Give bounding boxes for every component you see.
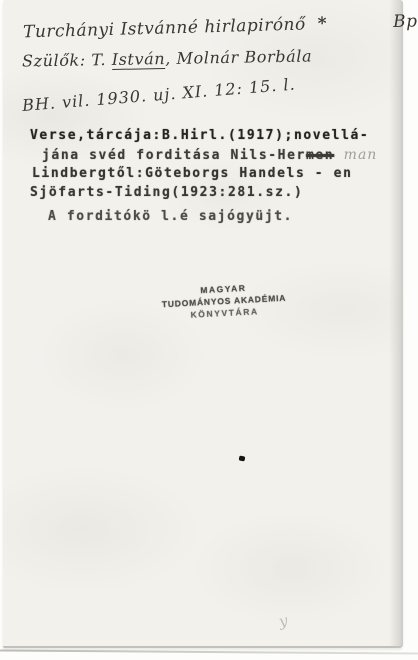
- birth-place-year: Bp. 1895.: [393, 10, 418, 32]
- handwritten-source-note: BH. vil. 1930. uj. XI. 12: 15. l.: [22, 75, 297, 115]
- handwritten-parents-line: Szülők: T. István, Molnár Borbála: [22, 46, 312, 70]
- card-bottom-shadow: [0, 650, 418, 655]
- scan-background: Turchányi Istvánné hirlapirónő*Bp. 1895.…: [0, 0, 418, 660]
- ink-dot-mark: [239, 456, 246, 462]
- parents-suffix: , Molnár Borbála: [165, 46, 312, 68]
- parents-underlined-name: István: [112, 49, 166, 70]
- handwritten-headline: Turchányi Istvánné hirlapirónő*Bp. 1895.: [23, 10, 418, 43]
- birth-asterisk: *: [317, 14, 327, 34]
- person-name: Turchányi Istvánné hirlapirónő: [23, 14, 306, 42]
- catalog-card: Turchányi Istvánné hirlapirónő*Bp. 1895.…: [3, 0, 403, 648]
- typed-line-1: Verse,tárcája:B.Hirl.(1917);novellá-: [30, 128, 369, 143]
- typed-line-3: Lindbergtől:Göteborgs Handels - en: [32, 166, 353, 181]
- typed-line-4: Sjöfarts-Tiding(1923:281.sz.): [30, 185, 303, 200]
- library-stamp: MAGYAR TUDOMÁNYOS AKADÉMIA KÖNYVTÁRA: [148, 279, 300, 323]
- typed-line-2: jána svéd forditása Nils-Hermen man: [42, 147, 377, 163]
- typed-line-5: A forditókö l.é sajógyüjt.: [48, 209, 293, 224]
- typed-struck-text: men: [306, 148, 334, 163]
- pencil-correction: man: [344, 147, 378, 163]
- typed-line-2-text: jána svéd forditása Nils-Her: [42, 148, 306, 163]
- parents-prefix: Szülők: T.: [22, 50, 112, 71]
- pencil-squiggle-mark: y: [277, 611, 289, 630]
